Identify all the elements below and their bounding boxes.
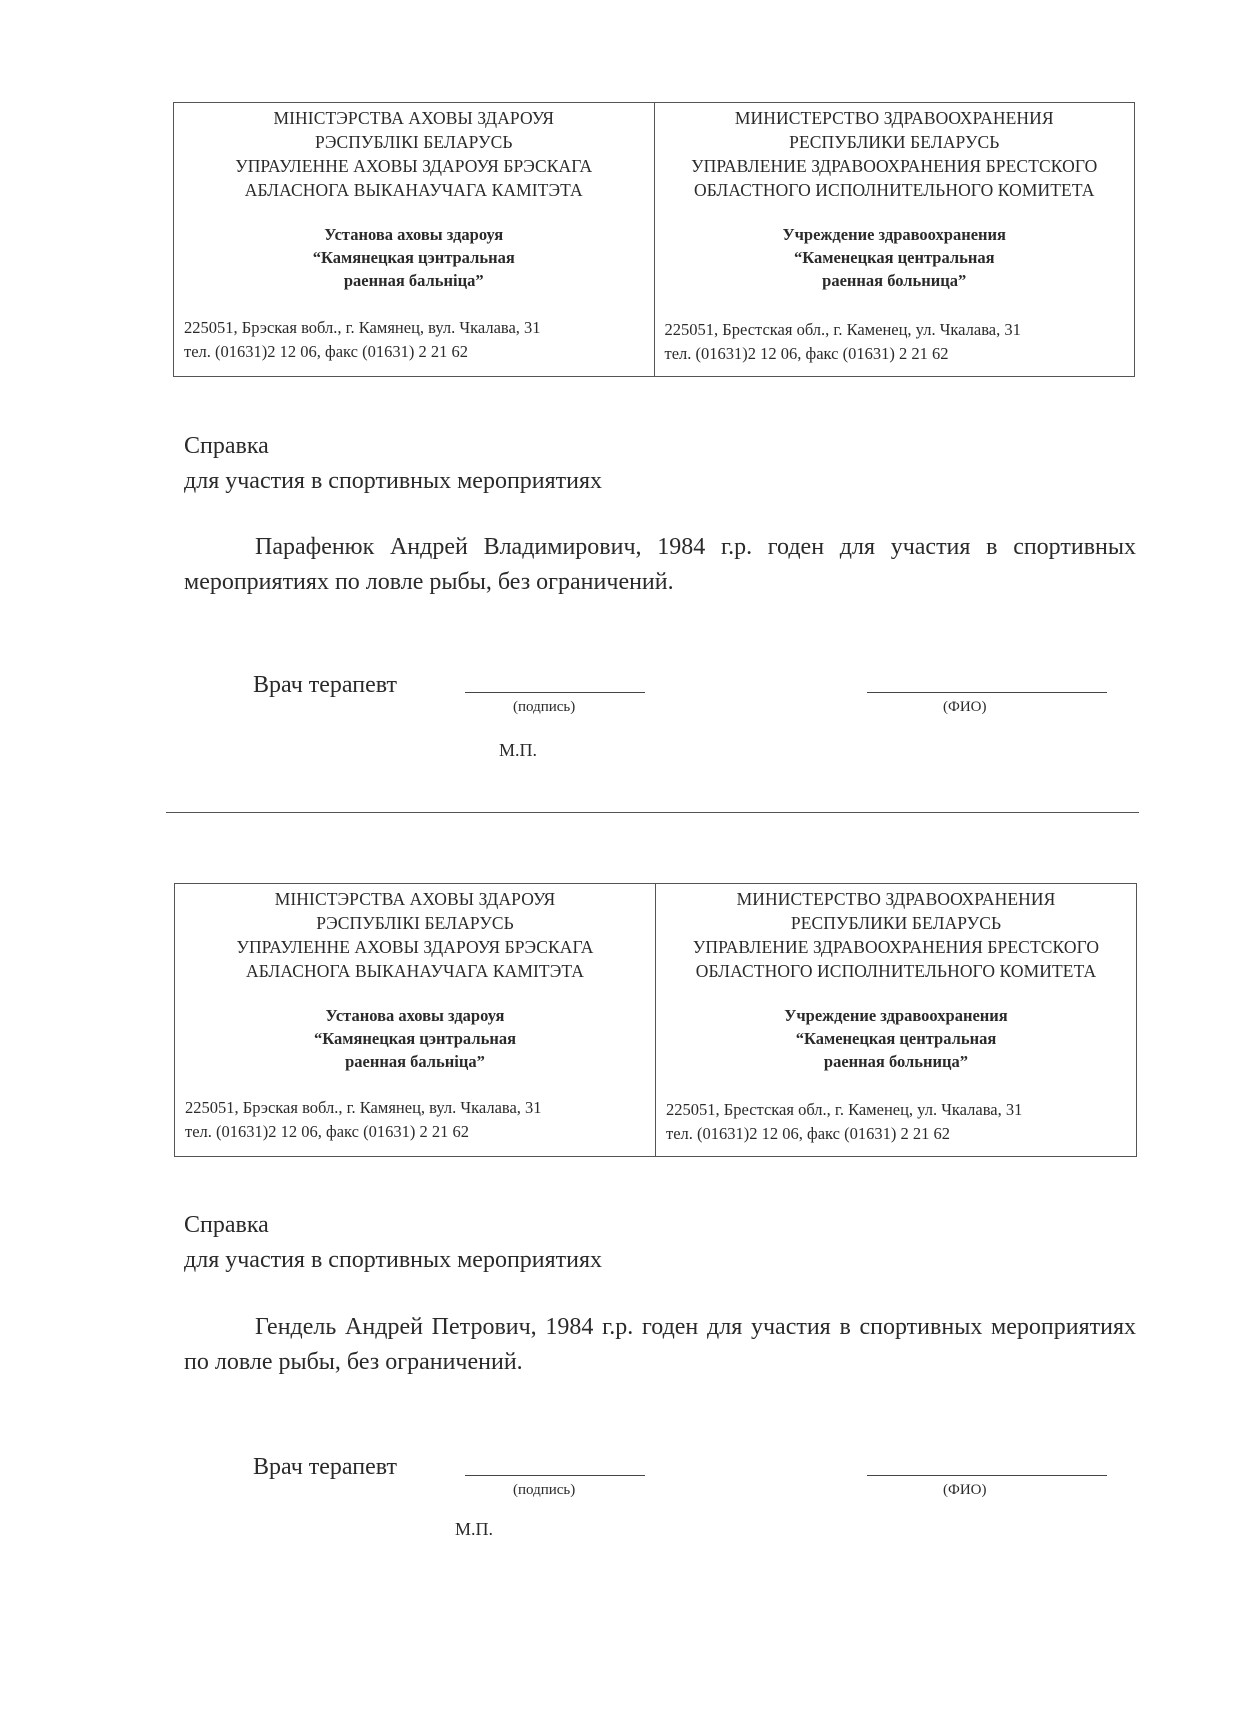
letterhead-belarusian: МІНІСТЭРСТВА АХОВЫ ЗДАРОУЯ РЭСПУБЛІКІ БЕ… [175, 884, 656, 1156]
letterhead-russian: МИНИСТЕРСТВО ЗДРАВООХРАНЕНИЯ РЕСПУБЛИКИ … [655, 103, 1135, 376]
contact-line: тел. (01631)2 12 06, факс (01631) 2 21 6… [665, 342, 1021, 366]
doctor-label: Врач терапевт [253, 1452, 397, 1482]
address-block: 225051, Брестская обл., г. Каменец, ул. … [665, 318, 1021, 366]
institution-line: Учреждение здравоохранения [655, 223, 1135, 246]
certificate-subtitle: для участия в спортивных мероприятиях [184, 466, 602, 496]
certificate-body: Парафенюк Андрей Владимирович, 1984 г.р.… [184, 530, 1136, 600]
institution-line: раенная больница” [656, 1050, 1136, 1073]
contact-line: тел. (01631)2 12 06, факс (01631) 2 21 6… [666, 1122, 1022, 1146]
certificate-subtitle: для участия в спортивных мероприятиях [184, 1245, 602, 1275]
address-line: 225051, Брэская вобл., г. Камянец, вул. … [184, 316, 541, 340]
cut-line-divider [166, 812, 1139, 813]
ministry-line: УПРАУЛЕННЕ АХОВЫ ЗДАРОУЯ БРЭСКАГА [175, 935, 655, 959]
ministry-line: ОБЛАСТНОГО ИСПОЛНИТЕЛЬНОГО КОМИТЕТА [656, 959, 1136, 983]
ministry-line: УПРАУЛЕННЕ АХОВЫ ЗДАРОУЯ БРЭСКАГА [174, 154, 654, 178]
ministry-line: МІНІСТЭРСТВА АХОВЫ ЗДАРОУЯ [175, 887, 655, 911]
ministry-line: РЕСПУБЛИКИ БЕЛАРУСЬ [655, 130, 1135, 154]
institution-line: Установа аховы здароуя [174, 223, 654, 246]
ministry-line: РЭСПУБЛІКІ БЕЛАРУСЬ [174, 130, 654, 154]
ministry-line: АБЛАСНОГА ВЫКАНАУЧАГА КАМІТЭТА [174, 178, 654, 202]
ministry-block: МИНИСТЕРСТВО ЗДРАВООХРАНЕНИЯ РЕСПУБЛИКИ … [656, 887, 1136, 983]
institution-line: Установа аховы здароуя [175, 1004, 655, 1027]
ministry-line: МИНИСТЕРСТВО ЗДРАВООХРАНЕНИЯ [656, 887, 1136, 911]
ministry-line: РЭСПУБЛІКІ БЕЛАРУСЬ [175, 911, 655, 935]
ministry-line: РЕСПУБЛИКИ БЕЛАРУСЬ [656, 911, 1136, 935]
certificate-body: Гендель Андрей Петрович, 1984 г.р. годен… [184, 1310, 1136, 1380]
institution-line: раенная бальніца” [175, 1050, 655, 1073]
ministry-line: АБЛАСНОГА ВЫКАНАУЧАГА КАМІТЭТА [175, 959, 655, 983]
ministry-block: МИНИСТЕРСТВО ЗДРАВООХРАНЕНИЯ РЕСПУБЛИКИ … [655, 106, 1135, 202]
ministry-block: МІНІСТЭРСТВА АХОВЫ ЗДАРОУЯ РЭСПУБЛІКІ БЕ… [175, 887, 655, 983]
address-line: 225051, Брестская обл., г. Каменец, ул. … [666, 1098, 1022, 1122]
institution-line: Учреждение здравоохранения [656, 1004, 1136, 1027]
name-caption: (ФИО) [943, 698, 987, 716]
doctor-label: Врач терапевт [253, 670, 397, 700]
institution-block: Установа аховы здароуя “Камянецкая цэнтр… [175, 1004, 655, 1073]
address-block: 225051, Брэская вобл., г. Камянец, вул. … [185, 1096, 542, 1144]
ministry-line: ОБЛАСТНОГО ИСПОЛНИТЕЛЬНОГО КОМИТЕТА [655, 178, 1135, 202]
institution-line: раенная бальніца” [174, 269, 654, 292]
name-line [867, 692, 1107, 693]
name-line [867, 1475, 1107, 1476]
stamp-placeholder: М.П. [455, 1518, 493, 1540]
institution-line: “Камянецкая цэнтральная [174, 246, 654, 269]
institution-block: Учреждение здравоохранения “Каменецкая ц… [656, 1004, 1136, 1073]
institution-block: Учреждение здравоохранения “Каменецкая ц… [655, 223, 1135, 292]
name-caption: (ФИО) [943, 1481, 987, 1499]
institution-line: “Камянецкая цэнтральная [175, 1027, 655, 1050]
letterhead-belarusian: МІНІСТЭРСТВА АХОВЫ ЗДАРОУЯ РЭСПУБЛІКІ БЕ… [174, 103, 655, 376]
letterhead-russian: МИНИСТЕРСТВО ЗДРАВООХРАНЕНИЯ РЕСПУБЛИКИ … [656, 884, 1136, 1156]
ministry-line: УПРАВЛЕНИЕ ЗДРАВООХРАНЕНИЯ БРЕСТСКОГО [656, 935, 1136, 959]
ministry-line: МИНИСТЕРСТВО ЗДРАВООХРАНЕНИЯ [655, 106, 1135, 130]
contact-line: тел. (01631)2 12 06, факс (01631) 2 21 6… [184, 340, 541, 364]
certificate-title: Справка [184, 431, 269, 461]
institution-line: “Каменецкая центральная [656, 1027, 1136, 1050]
address-block: 225051, Брэская вобл., г. Камянец, вул. … [184, 316, 541, 364]
institution-line: “Каменецкая центральная [655, 246, 1135, 269]
letterhead-table-1: МІНІСТЭРСТВА АХОВЫ ЗДАРОУЯ РЭСПУБЛІКІ БЕ… [173, 102, 1135, 377]
signature-line [465, 692, 645, 693]
ministry-line: УПРАВЛЕНИЕ ЗДРАВООХРАНЕНИЯ БРЕСТСКОГО [655, 154, 1135, 178]
certificate-title: Справка [184, 1210, 269, 1240]
institution-block: Установа аховы здароуя “Камянецкая цэнтр… [174, 223, 654, 292]
address-line: 225051, Брестская обл., г. Каменец, ул. … [665, 318, 1021, 342]
stamp-placeholder: М.П. [499, 739, 537, 761]
signature-caption: (подпись) [513, 698, 575, 716]
address-line: 225051, Брэская вобл., г. Камянец, вул. … [185, 1096, 542, 1120]
address-block: 225051, Брестская обл., г. Каменец, ул. … [666, 1098, 1022, 1146]
contact-line: тел. (01631)2 12 06, факс (01631) 2 21 6… [185, 1120, 542, 1144]
signature-caption: (подпись) [513, 1481, 575, 1499]
ministry-line: МІНІСТЭРСТВА АХОВЫ ЗДАРОУЯ [174, 106, 654, 130]
institution-line: раенная больница” [655, 269, 1135, 292]
ministry-block: МІНІСТЭРСТВА АХОВЫ ЗДАРОУЯ РЭСПУБЛІКІ БЕ… [174, 106, 654, 202]
signature-line [465, 1475, 645, 1476]
letterhead-table-2: МІНІСТЭРСТВА АХОВЫ ЗДАРОУЯ РЭСПУБЛІКІ БЕ… [174, 883, 1137, 1157]
